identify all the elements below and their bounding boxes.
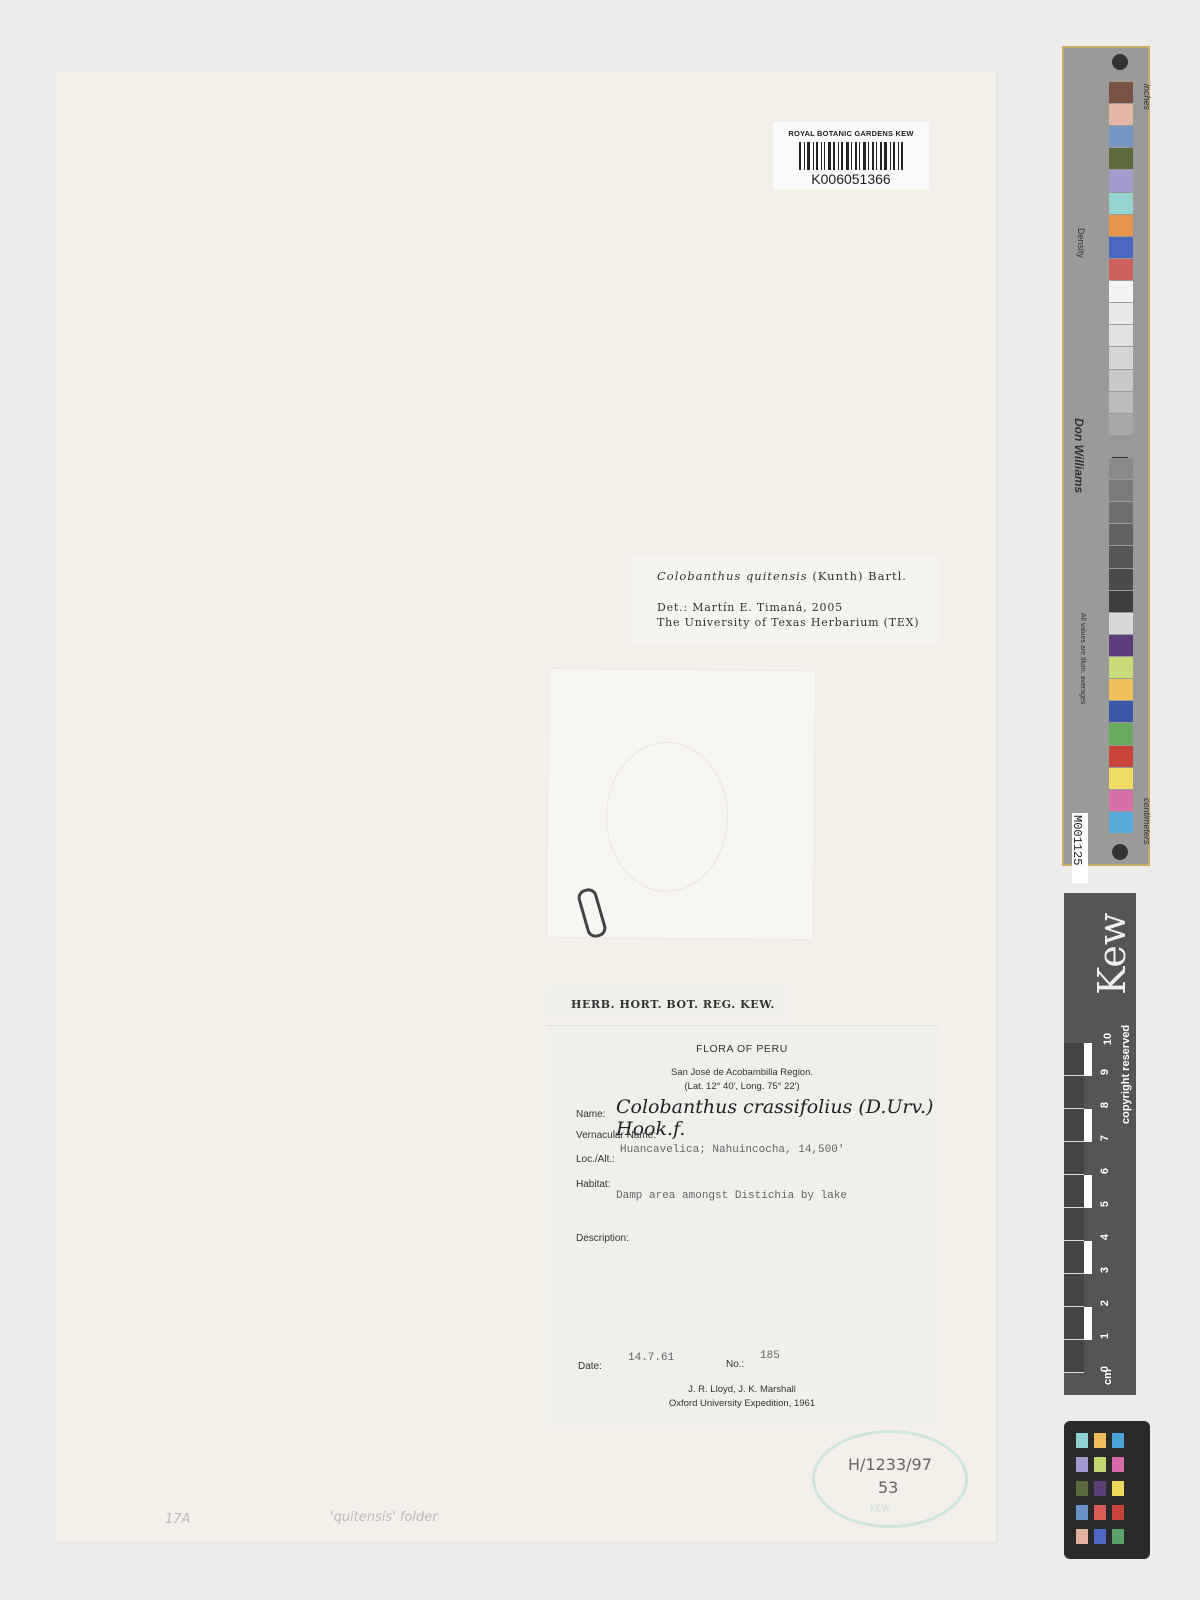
taxon-name: Colobanthus quitensis	[657, 569, 808, 583]
ruler-swatch	[1109, 635, 1133, 656]
ruler-swatch	[1109, 546, 1133, 567]
ruler-brand: Don Williams	[1072, 418, 1086, 493]
color-card-cell	[1076, 1529, 1088, 1544]
vernacular-label: Vernacular Name:	[576, 1130, 656, 1141]
determination-taxon: Colobanthus quitensis (Kunth) Bartl.	[657, 569, 907, 583]
institution-line: The University of Texas Herbarium (TEX)	[657, 616, 919, 629]
ruler-note: All values are Illum. averages	[1079, 613, 1086, 704]
scale-number: 6	[1099, 1168, 1111, 1174]
ruler-swatch	[1109, 591, 1133, 612]
scale-number: 8	[1099, 1102, 1111, 1108]
ruler-hole-bottom	[1112, 844, 1128, 860]
color-card-cell	[1094, 1481, 1106, 1496]
packet-stain	[605, 741, 728, 892]
scale-number: 4	[1099, 1234, 1111, 1240]
ruler-swatch	[1109, 392, 1133, 413]
color-card-cell	[1112, 1505, 1124, 1520]
ruler-swatch	[1109, 281, 1133, 302]
color-card-cell	[1112, 1529, 1124, 1544]
ruler-hole-top	[1112, 54, 1128, 70]
ruler-swatch	[1109, 502, 1133, 523]
ruler-mark: M001125	[1072, 813, 1088, 883]
ruler-cm-label: centimeters	[1142, 798, 1152, 845]
determiner-line: Det.: Martín E. Timaná, 2005	[657, 601, 843, 614]
color-checker-card	[1064, 1421, 1150, 1559]
number-label: No.:	[726, 1359, 744, 1370]
ruler-swatch	[1109, 259, 1133, 280]
scale-white-block	[1084, 1109, 1092, 1142]
date-label: Date:	[578, 1361, 602, 1372]
barcode-label: ROYAL BOTANIC GARDENS KEW K006051366	[773, 122, 929, 189]
ruler-swatch	[1109, 370, 1133, 391]
ruler-swatch	[1109, 325, 1133, 346]
collectors-line: J. R. Lloyd, J. K. Marshall	[546, 1384, 938, 1395]
flora-title: FLORA OF PERU	[546, 1043, 938, 1055]
herbarium-header: HERB. HORT. BOT. REG. KEW.	[545, 985, 785, 1021]
color-card-cell	[1076, 1433, 1088, 1448]
color-card-cell	[1094, 1433, 1106, 1448]
ruler-inches-label: inches	[1142, 84, 1152, 110]
ruler-swatch	[1109, 104, 1133, 125]
sheet-note-left: 17A	[165, 1512, 190, 1527]
name-value: Colobanthus crassifolius (D.Urv.) Hook.f…	[616, 1096, 938, 1140]
ruler-swatch	[1109, 458, 1133, 479]
color-card-cell	[1076, 1505, 1088, 1520]
accession-number: H/1233/97	[848, 1455, 932, 1474]
ruler-swatch	[1109, 414, 1133, 435]
ruler-swatch	[1109, 82, 1133, 103]
scale-number: 7	[1099, 1135, 1111, 1141]
scale-white-block	[1084, 1175, 1092, 1208]
collection-label: FLORA OF PERU San José de Acobambilla Re…	[546, 1025, 938, 1426]
ruler-swatch	[1109, 347, 1133, 368]
ruler-swatch	[1109, 679, 1133, 700]
barcode-icon	[799, 142, 903, 170]
sheet-note-folder: 'quitensis' folder	[330, 1510, 438, 1525]
scale-block	[1064, 1274, 1084, 1307]
scale-block	[1064, 1340, 1084, 1373]
ruler-swatch	[1109, 569, 1133, 590]
barcode-institution: ROYAL BOTANIC GARDENS KEW	[773, 129, 929, 138]
expedition-line: Oxford University Expedition, 1961	[546, 1398, 938, 1409]
description-label: Description:	[576, 1233, 629, 1244]
scale-number: 2	[1099, 1300, 1111, 1306]
number-value: 185	[760, 1350, 780, 1362]
ruler-swatch	[1109, 723, 1133, 744]
ruler-swatch	[1109, 126, 1133, 147]
scale-number: 1	[1099, 1333, 1111, 1339]
color-ruler: inches centimeters Don Williams Density …	[1062, 46, 1150, 866]
ruler-swatch	[1109, 613, 1133, 634]
ruler-swatch	[1109, 237, 1133, 258]
name-label: Name:	[576, 1109, 605, 1120]
scale-number: 10	[1102, 1033, 1114, 1045]
kew-scale-bar: Kew copyright reserved cm 109876543210	[1064, 893, 1136, 1395]
stamp-text: KEW	[870, 1504, 891, 1514]
habitat-value: Damp area amongst Distichia by lake	[616, 1190, 847, 1202]
ruler-swatch	[1109, 170, 1133, 191]
color-card-cell	[1094, 1529, 1106, 1544]
scale-block	[1064, 1142, 1084, 1175]
scale-block	[1064, 1043, 1084, 1076]
taxon-authority: (Kunth) Bartl.	[812, 569, 907, 583]
ruler-swatch	[1109, 812, 1133, 833]
herbarium-header-text: HERB. HORT. BOT. REG. KEW.	[571, 998, 775, 1011]
scale-white-block	[1084, 1241, 1092, 1274]
color-card-cell	[1076, 1457, 1088, 1472]
determination-label: Colobanthus quitensis (Kunth) Bartl. Det…	[631, 556, 939, 644]
scale-number: 5	[1099, 1201, 1111, 1207]
ruler-mark-text: M001125	[1070, 815, 1084, 831]
color-card-cell	[1112, 1481, 1124, 1496]
color-card-cell	[1112, 1457, 1124, 1472]
ruler-swatch	[1109, 215, 1133, 236]
scale-number: 0	[1099, 1366, 1111, 1372]
scale-block	[1064, 1175, 1084, 1208]
ruler-swatch	[1109, 701, 1133, 722]
coords-line: (Lat. 12° 40′, Long. 75° 22′)	[546, 1081, 938, 1092]
ruler-swatch	[1109, 790, 1133, 811]
copyright-text: copyright reserved	[1120, 1025, 1132, 1124]
ruler-swatch	[1109, 657, 1133, 678]
scale-number: 3	[1099, 1267, 1111, 1273]
ruler-swatch	[1109, 148, 1133, 169]
loc-value: Huancavelica; Nahuincocha, 14,500'	[620, 1144, 844, 1156]
ruler-swatch	[1109, 746, 1133, 767]
barcode-number: K006051366	[773, 171, 929, 187]
habitat-label: Habitat:	[576, 1179, 610, 1190]
scale-number: 9	[1099, 1069, 1111, 1075]
scale-block	[1064, 1076, 1084, 1109]
copyright-notice: copyright reserved	[1120, 920, 1132, 1019]
scale-block	[1064, 1208, 1084, 1241]
ruler-swatch	[1109, 480, 1133, 501]
ruler-swatch	[1109, 768, 1133, 789]
color-card-cell	[1112, 1433, 1124, 1448]
color-card-cell	[1076, 1481, 1088, 1496]
ruler-swatch	[1109, 193, 1133, 214]
date-value: 14.7.61	[628, 1352, 674, 1364]
scale-block	[1064, 1307, 1084, 1340]
color-card-cell	[1094, 1505, 1106, 1520]
scale-block	[1064, 1109, 1084, 1142]
ruler-swatch	[1109, 436, 1133, 457]
scale-block	[1064, 1241, 1084, 1274]
region-line: San José de Acobambilla Region.	[546, 1067, 938, 1078]
ruler-density-label: Density	[1076, 228, 1086, 258]
scale-white-block	[1084, 1307, 1092, 1340]
ruler-swatch	[1109, 303, 1133, 324]
ruler-swatch	[1109, 524, 1133, 545]
loc-label: Loc./Alt.:	[576, 1154, 615, 1165]
scale-white-block	[1084, 1043, 1092, 1076]
color-card-cell	[1094, 1457, 1106, 1472]
accession-subnumber: 53	[878, 1478, 898, 1497]
